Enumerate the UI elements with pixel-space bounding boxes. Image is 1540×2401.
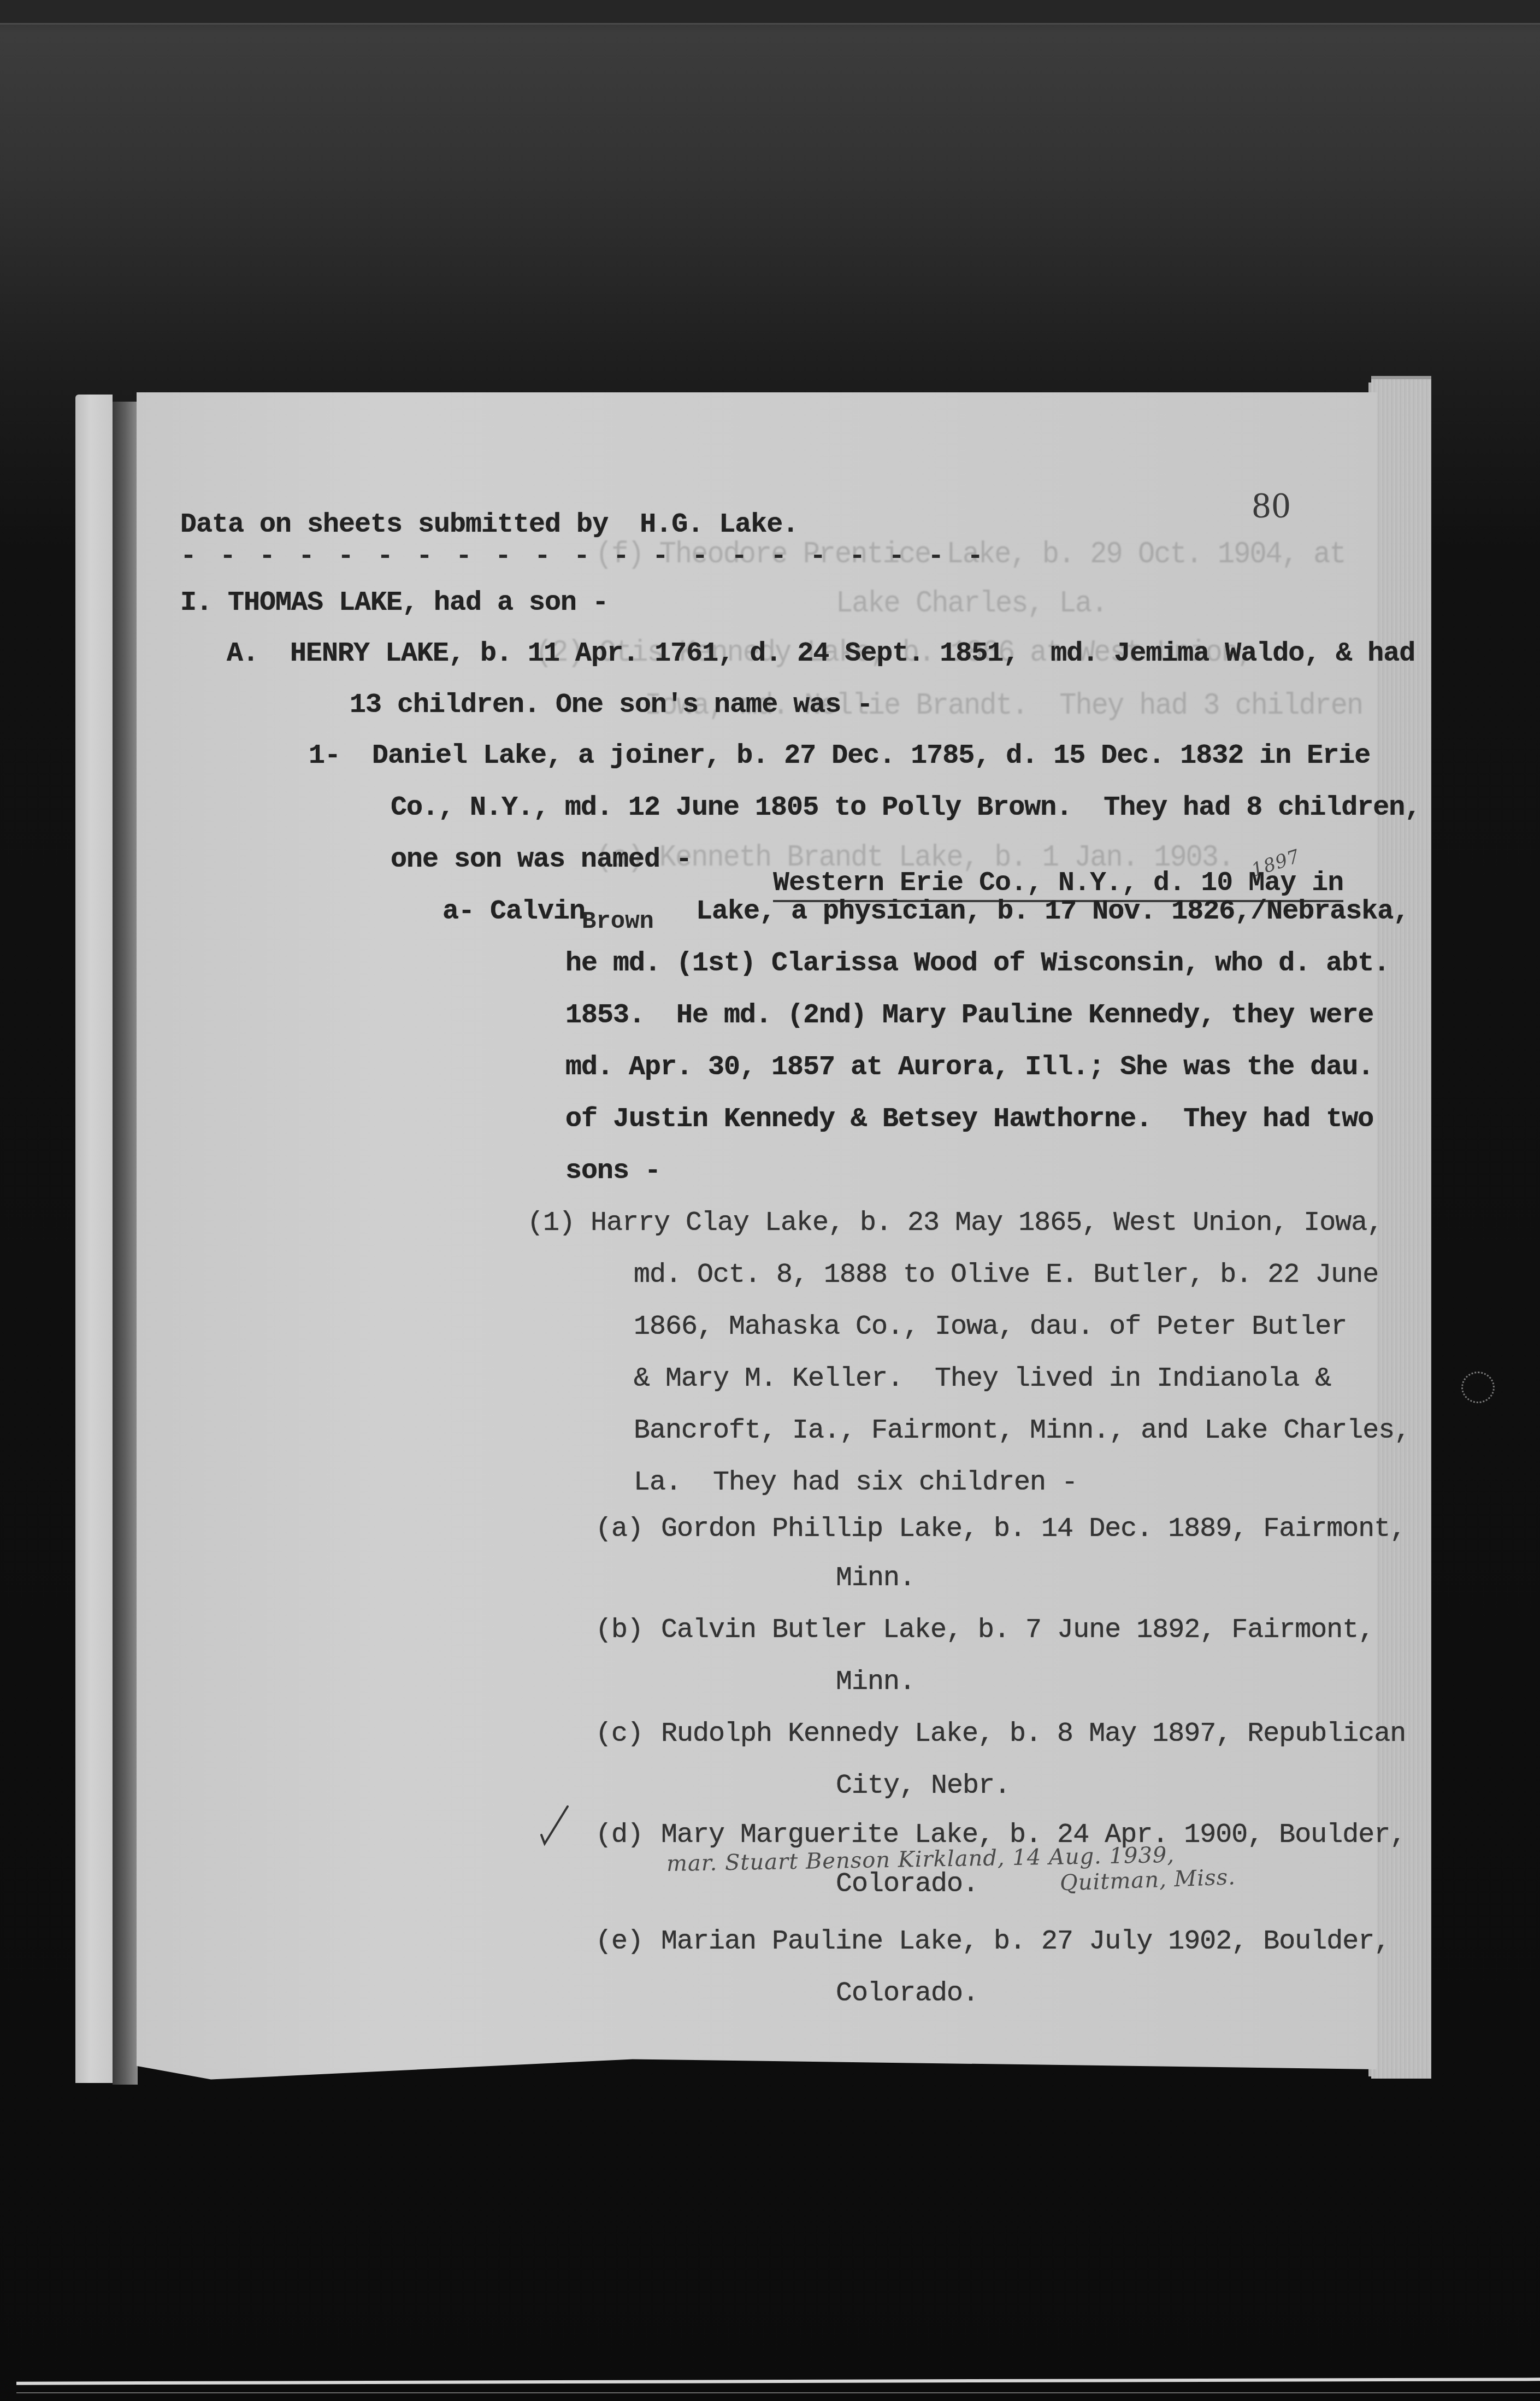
child-b-entry: Calvin Butler Lake, b. 7 June 1892, Fair… [661, 1615, 1374, 1646]
child-a-entry: Gordon Phillip Lake, b. 14 Dec. 1889, Fa… [661, 1514, 1406, 1545]
checkmark-icon [538, 1803, 571, 1847]
child-b-continuation: Minn. [836, 1667, 915, 1698]
inserted-middle-name: Brown [582, 908, 654, 935]
child-a-continuation: Minn. [836, 1563, 915, 1594]
generation-1-continuation: one son was named - [391, 844, 692, 875]
generation-1-line: 1- Daniel Lake, a joiner, b. 27 Dec. 178… [309, 740, 1370, 772]
dashed-rule: - - - - - - - - - - - - - - - - - - - - … [180, 541, 987, 572]
generation-I-line: I. THOMAS LAKE, had a son - [180, 587, 608, 619]
child-e-label: (e) [595, 1926, 643, 1957]
document-header: Data on sheets submitted by H.G. Lake. [180, 509, 798, 540]
microfilm-bottom-edge [16, 2378, 1540, 2385]
film-stain [1461, 1372, 1495, 1403]
generation-a-continuation: sons - [565, 1156, 660, 1187]
child-c-label: (c) [595, 1719, 643, 1750]
generation-1-son-continuation: Bancroft, Ia., Fairmont, Minn., and Lake… [634, 1415, 1410, 1446]
book-gutter [113, 402, 138, 2085]
child-c-continuation: City, Nebr. [836, 1770, 1010, 1802]
generation-1-son-continuation: md. Oct. 8, 1888 to Olive E. Butler, b. … [634, 1260, 1378, 1291]
generation-A-continuation: 13 children. One son's name was - [350, 690, 872, 721]
child-e-continuation: Colorado. [836, 1978, 978, 2009]
child-d-label: (d) [595, 1820, 643, 1851]
generation-1-son-continuation: & Mary M. Keller. They lived in Indianol… [634, 1363, 1331, 1394]
generation-1-son-continuation: 1866, Mahaska Co., Iowa, dau. of Peter B… [634, 1311, 1347, 1343]
child-a-label: (a) [595, 1514, 643, 1545]
generation-a-continuation: 1853. He md. (2nd) Mary Pauline Kennedy,… [565, 1000, 1373, 1031]
generation-a-continuation: md. Apr. 30, 1857 at Aurora, Ill.; She w… [565, 1052, 1373, 1083]
generation-a-continuation: of Justin Kennedy & Betsey Hawthorne. Th… [565, 1104, 1373, 1135]
microfilm-bottom-edge [16, 2392, 1540, 2393]
generation-1-son-line: (1) Harry Clay Lake, b. 23 May 1865, Wes… [527, 1208, 1383, 1239]
generation-A-line: A. HENRY LAKE, b. 11 Apr. 1761, d. 24 Se… [227, 638, 1415, 669]
microfilm-top-edge [0, 0, 1540, 25]
child-b-label: (b) [595, 1615, 643, 1646]
child-d-continuation: Colorado. [836, 1869, 978, 1900]
child-e-entry: Marian Pauline Lake, b. 27 July 1902, Bo… [661, 1926, 1390, 1957]
generation-1-continuation: Co., N.Y., md. 12 June 1805 to Polly Bro… [391, 792, 1420, 823]
bleed-through-text: Lake Charles, La. [836, 587, 1107, 621]
page-number: 80 [1252, 484, 1291, 527]
facing-page-edge [75, 395, 113, 2083]
generation-1-son-continuation: La. They had six children - [634, 1467, 1077, 1498]
generation-a-continuation: he md. (1st) Clarissa Wood of Wisconsin,… [565, 948, 1389, 979]
child-c-entry: Rudolph Kennedy Lake, b. 8 May 1897, Rep… [661, 1719, 1406, 1750]
